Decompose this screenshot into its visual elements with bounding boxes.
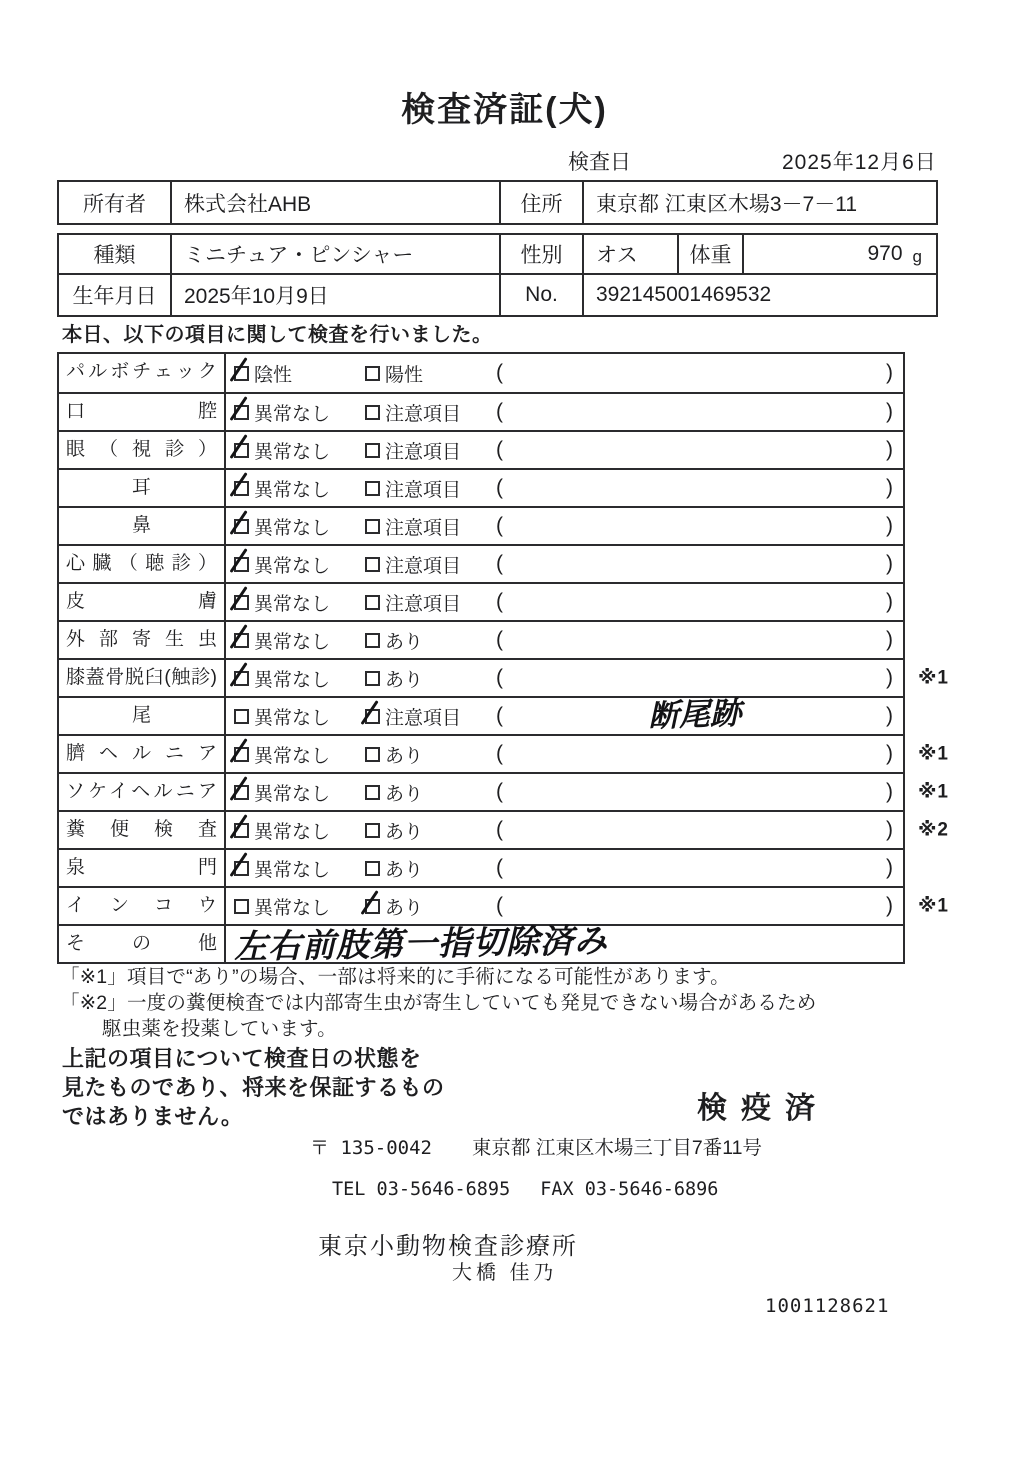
option-label: あり xyxy=(385,741,423,768)
inspection-item-label: 耳 xyxy=(59,470,226,506)
option-label: 注意項目 xyxy=(385,513,461,540)
inspection-row-content: 異常なしあり() xyxy=(226,888,903,924)
option-label: 異常なし xyxy=(254,551,330,578)
paren-close: ) xyxy=(886,894,893,918)
paren-open: ( xyxy=(496,552,503,576)
inspection-row: ソケイヘルニア異常なしあり()※1 xyxy=(59,772,903,810)
inspection-row-content: 異常なし注意項目() xyxy=(226,508,903,544)
result-option-1: 異常なし xyxy=(234,437,365,464)
paren-close: ) xyxy=(886,856,893,880)
checkbox-empty[interactable] xyxy=(365,671,380,686)
animal-table: 種類 ミニチュア・ピンシャー 性別 オス 体重 970 g 生年月日 2025年… xyxy=(57,233,938,317)
checkbox-checked[interactable] xyxy=(234,785,249,800)
inspection-row-content: 異常なし注意項目() xyxy=(226,546,903,582)
option-label: 異常なし xyxy=(254,665,330,692)
paren-open: ( xyxy=(496,628,503,652)
inspection-row-content: 異常なしあり() xyxy=(226,622,903,658)
option-label: 異常なし xyxy=(254,627,330,654)
inspection-row: 糞便検査異常なしあり()※2 xyxy=(59,810,903,848)
paren-open: ( xyxy=(496,780,503,804)
owner-label: 所有者 xyxy=(59,182,170,223)
owner-value: 株式会社AHB xyxy=(170,182,499,223)
option-label: 注意項目 xyxy=(385,437,461,464)
address-label: 住所 xyxy=(499,182,582,223)
inspection-row-content: 異常なしあり() xyxy=(226,812,903,848)
checkbox-empty[interactable] xyxy=(365,557,380,572)
statement-line-2: 見たものであり、将来を保証するもの xyxy=(62,1073,445,1102)
paren-close: ) xyxy=(886,780,893,804)
inspection-row: その他左右前肢第一指切除済み xyxy=(59,924,903,962)
postal-code: 〒 135-0042 xyxy=(310,1133,432,1160)
paren-close: ) xyxy=(886,590,893,614)
inspection-item-label: 口腔 xyxy=(59,394,226,430)
result-option-1: 異常なし xyxy=(234,817,365,844)
remark-handwritten-note: 断尾跡 xyxy=(503,692,887,736)
option-label: あり xyxy=(385,855,423,882)
weight-value-cell: 970 g xyxy=(742,235,936,273)
paren-open: ( xyxy=(496,856,503,880)
birthdate-value: 2025年10月9日 xyxy=(170,275,499,315)
statement-line-1: 上記の項目について検査日の状態を xyxy=(62,1044,445,1073)
option-label: 注意項目 xyxy=(385,399,461,426)
result-option-2: 注意項目 xyxy=(365,437,496,464)
checkbox-empty[interactable] xyxy=(365,443,380,458)
inspection-row: 眼（視診）異常なし注意項目() xyxy=(59,430,903,468)
inspection-row-content: 異常なし注意項目() xyxy=(226,470,903,506)
result-option-1: 陰性 xyxy=(234,360,365,387)
result-option-2: 注意項目 xyxy=(365,513,496,540)
checkbox-empty[interactable] xyxy=(365,366,380,381)
option-label: 注意項目 xyxy=(385,589,461,616)
checkbox-empty[interactable] xyxy=(365,747,380,762)
checkbox-checked[interactable] xyxy=(234,366,249,381)
option-label: 異常なし xyxy=(254,893,330,920)
result-option-2: あり xyxy=(365,627,496,654)
certificate-page: 検査済証(犬) 検査日 2025年12月6日 所有者 株式会社AHB 住所 東京… xyxy=(0,0,1009,1475)
paren-close: ) xyxy=(886,704,893,728)
inspection-date-label: 検査日 xyxy=(568,146,631,176)
tel-fax-line: TEL 03-5646-6895 FAX 03-5646-6896 xyxy=(332,1179,718,1200)
paren-close: ) xyxy=(886,628,893,652)
result-option-1: 異常なし xyxy=(234,855,365,882)
option-label: 異常なし xyxy=(254,513,330,540)
sex-value: オス xyxy=(582,235,677,273)
clinic-address: 東京都 江東区木場三丁目7番11号 xyxy=(472,1132,762,1160)
option-label: 注意項目 xyxy=(385,551,461,578)
quarantine-stamp: 検疫済 xyxy=(697,1083,829,1127)
footnote-2: 「※2」一度の糞便検査では内部寄生虫が寄生していても発見できない場合があるため xyxy=(60,990,816,1016)
inspection-row-content: 異常なしあり() xyxy=(226,736,903,772)
clinic-address-line: 〒 135-0042 東京都 江東区木場三丁目7番11号 xyxy=(310,1132,762,1160)
inspection-row: 鼻異常なし注意項目() xyxy=(59,506,903,544)
inspection-date-value: 2025年12月6日 xyxy=(782,146,937,176)
checkbox-checked[interactable] xyxy=(234,633,249,648)
result-option-2: あり xyxy=(365,817,496,844)
paren-close: ) xyxy=(886,666,893,690)
checkbox-empty[interactable] xyxy=(234,709,249,724)
option-label: 異常なし xyxy=(254,437,330,464)
checkbox-empty[interactable] xyxy=(365,405,380,420)
result-option-1: 異常なし xyxy=(234,741,365,768)
breed-value: ミニチュア・ピンシャー xyxy=(170,235,499,273)
checkbox-checked[interactable] xyxy=(234,747,249,762)
option-label: 注意項目 xyxy=(385,475,461,502)
checkbox-empty[interactable] xyxy=(365,785,380,800)
result-option-2: あり xyxy=(365,741,496,768)
id-number-value: 392145001469532 xyxy=(582,275,936,315)
option-label: 注意項目 xyxy=(385,703,461,730)
inspection-item-label: パルボチェック xyxy=(59,354,226,392)
serial-number: 1001128621 xyxy=(765,1295,889,1317)
fax-number: FAX 03-5646-6896 xyxy=(540,1179,718,1200)
id-number-label: No. xyxy=(499,275,582,315)
inspection-row-content: 異常なし注意項目(断尾跡) xyxy=(226,698,903,734)
checkbox-empty[interactable] xyxy=(234,899,249,914)
inspection-item-label: 皮膚 xyxy=(59,584,226,620)
result-option-1: 異常なし xyxy=(234,589,365,616)
inspection-table: パルボチェック陰性陽性()口腔異常なし注意項目()眼（視診）異常なし注意項目()… xyxy=(57,352,905,964)
inspection-row-content: 異常なしあり() xyxy=(226,660,903,696)
option-label: 異常なし xyxy=(254,399,330,426)
footnote-reference-mark: ※1 xyxy=(918,667,949,690)
option-label: 異常なし xyxy=(254,703,330,730)
checkbox-empty[interactable] xyxy=(365,823,380,838)
inspection-row-content: 陰性陽性() xyxy=(226,354,903,392)
inspection-row: インコウ異常なしあり()※1 xyxy=(59,886,903,924)
inspection-item-label: 膝蓋骨脱臼(触診) xyxy=(59,660,226,696)
disclaimer-statement: 上記の項目について検査日の状態を 見たものであり、将来を保証するもの ではありま… xyxy=(62,1044,445,1131)
paren-close: ) xyxy=(886,514,893,538)
inspection-item-label: 鼻 xyxy=(59,508,226,544)
result-option-2: あり xyxy=(365,779,496,806)
result-option-1: 異常なし xyxy=(234,627,365,654)
result-option-2: 注意項目 xyxy=(365,399,496,426)
option-label: 異常なし xyxy=(254,589,330,616)
checkbox-checked[interactable] xyxy=(234,481,249,496)
inspection-row: パルボチェック陰性陽性() xyxy=(59,354,903,392)
inspection-row: 膝蓋骨脱臼(触診)異常なしあり()※1 xyxy=(59,658,903,696)
result-option-2: 陽性 xyxy=(365,360,496,387)
footnote-reference-mark: ※1 xyxy=(918,895,949,918)
tel-number: TEL 03-5646-6895 xyxy=(332,1179,510,1200)
address-value: 東京都 江東区木場3－7－11 xyxy=(582,182,936,223)
checkbox-checked[interactable] xyxy=(234,405,249,420)
result-option-1: 異常なし xyxy=(234,703,365,730)
paren-close: ) xyxy=(886,476,893,500)
paren-close: ) xyxy=(886,400,893,424)
option-label: 陽性 xyxy=(385,360,423,387)
examiner-name: 大橋 佳乃 xyxy=(452,1256,558,1285)
checkbox-checked[interactable] xyxy=(234,671,249,686)
result-option-2: 注意項目 xyxy=(365,551,496,578)
result-option-2: 注意項目 xyxy=(365,589,496,616)
inspection-item-label: 外部寄生虫 xyxy=(59,622,226,658)
paren-close: ) xyxy=(886,438,893,462)
inspection-item-label: 心臓（聴診） xyxy=(59,546,226,582)
checkbox-checked[interactable] xyxy=(234,557,249,572)
result-option-2: あり xyxy=(365,855,496,882)
checkbox-empty[interactable] xyxy=(365,595,380,610)
inspection-item-label: ソケイヘルニア xyxy=(59,774,226,810)
paren-open: ( xyxy=(496,818,503,842)
inspection-item-label: インコウ xyxy=(59,888,226,924)
checkbox-empty[interactable] xyxy=(365,519,380,534)
paren-close: ) xyxy=(886,552,893,576)
other-findings-handwritten-note: 左右前肢第一指切除済み xyxy=(234,923,609,963)
checkbox-checked[interactable] xyxy=(234,443,249,458)
result-option-1: 異常なし xyxy=(234,513,365,540)
inspection-row-content: 異常なし注意項目() xyxy=(226,432,903,468)
footnote-reference-mark: ※2 xyxy=(918,819,949,842)
animal-row-1: 種類 ミニチュア・ピンシャー 性別 オス 体重 970 g xyxy=(59,235,936,275)
option-label: あり xyxy=(385,779,423,806)
inspection-row: 耳異常なし注意項目() xyxy=(59,468,903,506)
owner-table: 所有者 株式会社AHB 住所 東京都 江東区木場3－7－11 xyxy=(57,180,938,225)
checkbox-checked[interactable] xyxy=(365,899,380,914)
checkbox-checked[interactable] xyxy=(234,519,249,534)
option-label: 異常なし xyxy=(254,475,330,502)
paren-open: ( xyxy=(496,590,503,614)
result-option-1: 異常なし xyxy=(234,475,365,502)
inspection-row: 心臓（聴診）異常なし注意項目() xyxy=(59,544,903,582)
inspection-row: 臍ヘルニア異常なしあり()※1 xyxy=(59,734,903,772)
option-label: 異常なし xyxy=(254,817,330,844)
inspection-item-label: 眼（視診） xyxy=(59,432,226,468)
option-label: 陰性 xyxy=(254,360,292,387)
paren-close: ) xyxy=(886,742,893,766)
page-title: 検査済証(犬) xyxy=(0,82,1009,131)
inspection-item-label: 臍ヘルニア xyxy=(59,736,226,772)
checkbox-checked[interactable] xyxy=(365,709,380,724)
result-option-2: あり xyxy=(365,893,496,920)
inspection-row: 泉門異常なしあり() xyxy=(59,848,903,886)
checkbox-empty[interactable] xyxy=(365,861,380,876)
sex-label: 性別 xyxy=(499,235,582,273)
result-option-2: 注意項目 xyxy=(365,475,496,502)
paren-close: ) xyxy=(886,361,893,385)
result-option-1: 異常なし xyxy=(234,893,365,920)
inspection-row: 尾異常なし注意項目(断尾跡) xyxy=(59,696,903,734)
option-label: あり xyxy=(385,893,423,920)
statement-line-3: ではありません。 xyxy=(62,1102,445,1131)
inspection-item-label: 尾 xyxy=(59,698,226,734)
checkbox-empty[interactable] xyxy=(365,633,380,648)
checkbox-empty[interactable] xyxy=(365,481,380,496)
inspection-item-label: その他 xyxy=(59,926,226,962)
inspection-row: 外部寄生虫異常なしあり() xyxy=(59,620,903,658)
inspection-row-content: 異常なしあり() xyxy=(226,774,903,810)
inspection-row: 皮膚異常なし注意項目() xyxy=(59,582,903,620)
option-label: あり xyxy=(385,627,423,654)
option-label: 異常なし xyxy=(254,779,330,806)
paren-open: ( xyxy=(496,361,503,385)
footnote-reference-mark: ※1 xyxy=(918,781,949,804)
option-label: 異常なし xyxy=(254,855,330,882)
paren-open: ( xyxy=(496,894,503,918)
birthdate-label: 生年月日 xyxy=(59,275,170,315)
checkbox-checked[interactable] xyxy=(234,823,249,838)
paren-open: ( xyxy=(496,438,503,462)
weight-label: 体重 xyxy=(677,235,742,273)
option-label: 異常なし xyxy=(254,741,330,768)
animal-row-2: 生年月日 2025年10月9日 No. 392145001469532 xyxy=(59,275,936,315)
owner-row: 所有者 株式会社AHB 住所 東京都 江東区木場3－7－11 xyxy=(59,182,936,223)
footnotes: 「※1」項目で“あり”の場合、一部は将来的に手術になる可能性があります。 「※2… xyxy=(60,964,816,1042)
paren-open: ( xyxy=(496,400,503,424)
weight-unit: g xyxy=(913,247,922,267)
paren-open: ( xyxy=(496,476,503,500)
intro-text: 本日、以下の項目に関して検査を行いました。 xyxy=(62,318,493,347)
inspection-row-content: 異常なし注意項目() xyxy=(226,584,903,620)
result-option-2: 注意項目 xyxy=(365,703,496,730)
breed-label: 種類 xyxy=(59,235,170,273)
result-option-2: あり xyxy=(365,665,496,692)
result-option-1: 異常なし xyxy=(234,399,365,426)
result-option-1: 異常なし xyxy=(234,665,365,692)
checkbox-checked[interactable] xyxy=(234,595,249,610)
inspection-item-label: 泉門 xyxy=(59,850,226,886)
footnote-1: 「※1」項目で“あり”の場合、一部は将来的に手術になる可能性があります。 xyxy=(60,964,816,990)
inspection-item-label: 糞便検査 xyxy=(59,812,226,848)
checkbox-checked[interactable] xyxy=(234,861,249,876)
weight-value: 970 xyxy=(867,242,902,266)
footnote-2-continued: 駆虫薬を投薬しています。 xyxy=(60,1016,816,1042)
paren-close: ) xyxy=(886,818,893,842)
option-label: あり xyxy=(385,817,423,844)
inspection-row: 口腔異常なし注意項目() xyxy=(59,392,903,430)
footnote-reference-mark: ※1 xyxy=(918,743,949,766)
paren-open: ( xyxy=(496,742,503,766)
inspection-row-content: 左右前肢第一指切除済み xyxy=(226,926,903,962)
inspection-row-content: 異常なし注意項目() xyxy=(226,394,903,430)
paren-open: ( xyxy=(496,514,503,538)
option-label: あり xyxy=(385,665,423,692)
result-option-1: 異常なし xyxy=(234,551,365,578)
paren-open: ( xyxy=(496,666,503,690)
inspection-row-content: 異常なしあり() xyxy=(226,850,903,886)
result-option-1: 異常なし xyxy=(234,779,365,806)
